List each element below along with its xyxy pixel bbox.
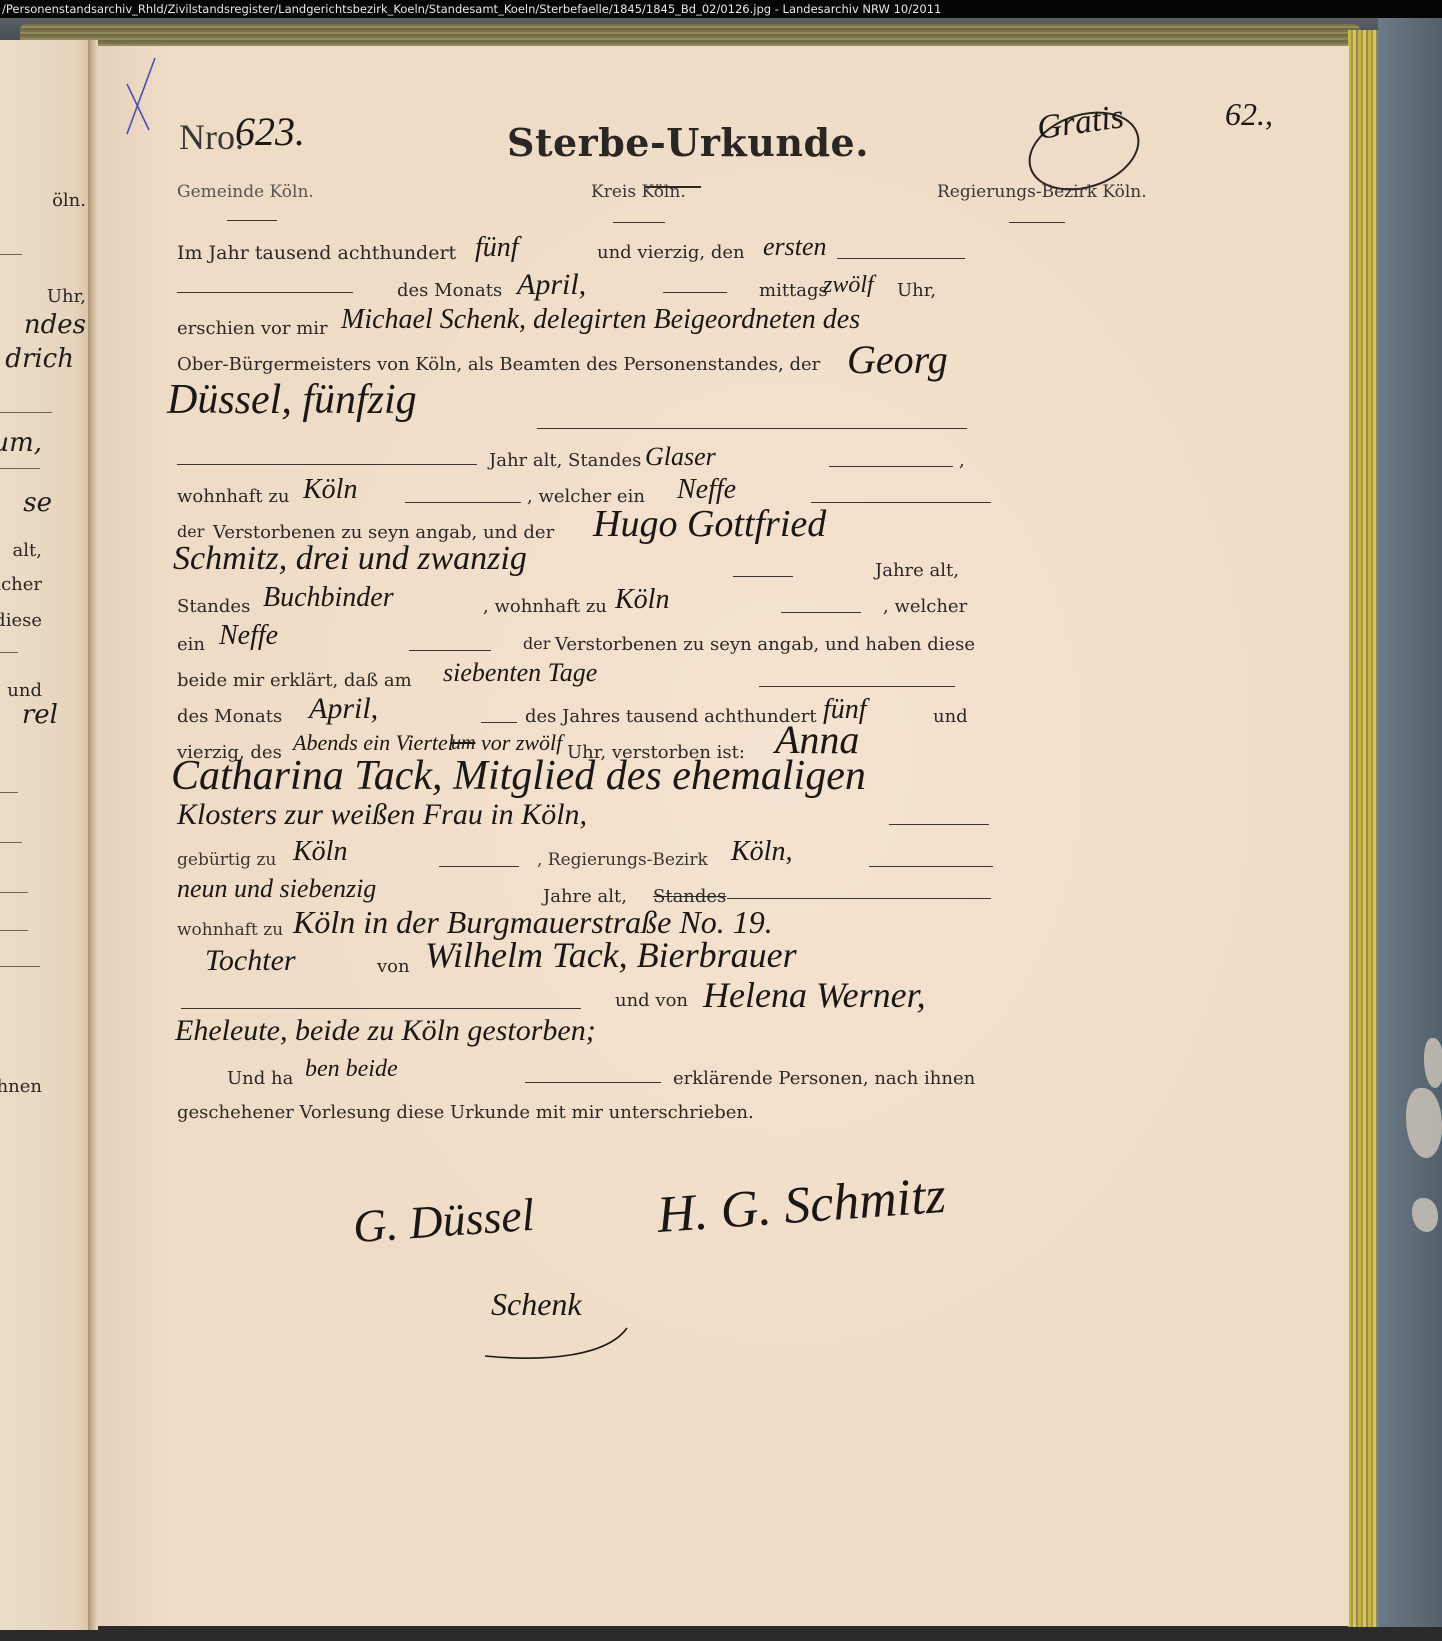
left-page-fragment: öln.	[52, 190, 86, 211]
form-text: Standes	[177, 596, 250, 617]
left-page-rule	[0, 412, 52, 413]
document-title: Sterbe-Urkunde.	[507, 120, 869, 165]
left-page-rule	[0, 468, 40, 469]
form-text: gebürtig zu	[177, 850, 276, 870]
left-page-fragment: lcher	[0, 574, 42, 595]
kreis-underline	[613, 222, 665, 223]
left-page-fragment: ndes	[24, 310, 86, 340]
form-text: Verstorbenen zu seyn angab, und haben di…	[555, 634, 975, 655]
left-page-rule	[0, 652, 18, 653]
form-text: des Jahres tausend achthundert	[525, 706, 817, 727]
torn-cover-patch	[1406, 1088, 1442, 1158]
death-certificate-page: Nro. 623. Sterbe-Urkunde. Gratis 62., Ge…	[97, 46, 1349, 1626]
kreis-label: Kreis Köln.	[591, 182, 686, 202]
gemeinde-label: Gemeinde Köln.	[177, 182, 314, 202]
left-page-fragment: und	[7, 680, 42, 701]
handwritten-entry: April,	[309, 692, 378, 726]
book-cover-right	[1378, 18, 1442, 1641]
left-page-rule	[0, 930, 28, 931]
father-entry: Wilhelm Tack, Bierbrauer	[425, 934, 797, 976]
signature-declarant-1: G. Düssel	[351, 1188, 536, 1254]
handwritten-entry: Schmitz, drei und zwanzig	[173, 540, 527, 578]
form-text: und vierzig, den	[597, 242, 745, 263]
handwritten-entry: Hugo Gottfried	[593, 502, 826, 546]
blue-x-annotation-icon	[121, 56, 161, 136]
left-page-rule	[0, 892, 28, 893]
page-stack-top-edge	[20, 24, 1360, 48]
handwritten-entry: Klosters zur weißen Frau in Köln,	[177, 798, 587, 832]
handwritten-entry: Köln,	[731, 836, 792, 868]
form-text: beide mir erklärt, daß am	[177, 670, 412, 691]
handwritten-entry: Georg	[847, 336, 948, 383]
left-page-fragment: se	[23, 488, 52, 518]
signature-declarant-2: H. G. Schmitz	[655, 1166, 947, 1245]
form-text: ein	[177, 634, 205, 655]
form-text: , welcher	[883, 596, 967, 617]
handwritten-entry: Köln	[303, 474, 357, 506]
form-text: Im Jahr tausend achthundert	[177, 242, 456, 264]
fill-line	[837, 258, 965, 259]
handwritten-entry: Eheleute, beide zu Köln gestorben;	[175, 1014, 596, 1048]
window-title: /Personenstandsarchiv_Rhld/Zivilstandsre…	[2, 2, 941, 16]
form-text: der	[523, 634, 550, 653]
regierungsbezirk-underline	[1009, 222, 1065, 223]
fill-line	[727, 898, 991, 899]
deceased-name: Catharina Tack, Mitglied des ehemaligen	[171, 752, 866, 800]
form-text: mittags	[759, 280, 828, 301]
form-text: wohnhaft zu	[177, 486, 289, 507]
left-facing-page: öln. Uhr, ndes drich um, se alt, lcher d…	[0, 40, 92, 1630]
fill-line	[439, 866, 519, 867]
page-number: 62.,	[1225, 96, 1273, 133]
fill-line	[525, 1082, 661, 1083]
form-text: der	[177, 522, 204, 541]
fill-line	[409, 650, 491, 651]
form-text: und von	[615, 990, 688, 1011]
fill-line	[663, 292, 727, 293]
signature-flourish-icon	[477, 1326, 637, 1366]
handwritten-entry: Buchbinder	[263, 582, 394, 614]
window-title-bar: /Personenstandsarchiv_Rhld/Zivilstandsre…	[0, 0, 1442, 18]
handwritten-entry: Michael Schenk, delegirten Beigeordneten…	[341, 304, 860, 336]
fill-line	[759, 686, 955, 687]
fill-line	[733, 576, 793, 577]
mother-entry: Helena Werner,	[703, 974, 926, 1016]
left-page-fragment: Uhr,	[47, 286, 86, 307]
handwritten-entry: ben beide	[305, 1056, 398, 1083]
left-page-rule	[0, 792, 18, 793]
fill-line	[869, 866, 993, 867]
fill-line	[177, 464, 477, 465]
form-text: , Regierungs-Bezirk	[537, 850, 708, 870]
handwritten-entry: Köln	[615, 584, 669, 616]
handwritten-entry: Köln	[293, 836, 347, 868]
fill-line	[537, 428, 967, 429]
form-text: Ober-Bürgermeisters von Köln, als Beamte…	[177, 354, 820, 375]
handwritten-entry: zwölf	[823, 272, 874, 299]
signature-official: Schenk	[491, 1286, 582, 1323]
certificate-number: 623.	[235, 108, 305, 155]
fill-line	[889, 824, 989, 825]
page-stack-right-edge	[1348, 30, 1378, 1627]
handwritten-entry: Tochter	[205, 944, 296, 978]
form-text: erklärende Personen, nach ihnen	[673, 1068, 975, 1089]
left-page-fragment: um,	[0, 428, 42, 458]
form-text: Uhr,	[897, 280, 936, 301]
torn-cover-patch	[1424, 1038, 1442, 1088]
left-page-rule	[0, 842, 22, 843]
form-text: und	[933, 706, 968, 727]
form-text: erschien vor mir	[177, 318, 328, 339]
form-text: von	[377, 956, 410, 977]
left-page-fragment: hnen	[0, 1076, 42, 1097]
handwritten-entry: ersten	[763, 232, 827, 262]
left-page-fragment: drich	[5, 344, 74, 374]
fill-line	[405, 502, 521, 503]
left-page-rule	[0, 254, 22, 255]
form-text: ,	[959, 450, 965, 471]
form-text: des Monats	[177, 706, 282, 727]
fill-line	[181, 1008, 581, 1009]
fill-line	[829, 466, 953, 467]
torn-cover-patch	[1412, 1198, 1438, 1232]
form-text: Jahre alt,	[875, 560, 959, 581]
fill-line	[811, 502, 991, 503]
gemeinde-underline	[227, 220, 277, 221]
handwritten-entry: Glaser	[645, 442, 716, 472]
regierungsbezirk-label: Regierungs-Bezirk Köln.	[937, 182, 1147, 202]
left-page-fragment: diese	[0, 610, 42, 631]
handwritten-entry: fünf	[475, 232, 519, 264]
handwritten-entry: April,	[517, 268, 586, 302]
left-page-fragment: rel	[22, 700, 58, 730]
form-text: , wohnhaft zu	[483, 596, 607, 617]
left-page-rule	[0, 966, 40, 967]
form-text: geschehener Vorlesung diese Urkunde mit …	[177, 1102, 754, 1123]
left-page-fragment: alt,	[13, 540, 42, 561]
age-entry: neun und siebenzig	[177, 874, 376, 904]
form-text: Und ha	[227, 1068, 293, 1089]
book-cover-bottom	[0, 1627, 1442, 1641]
fill-line	[481, 722, 517, 723]
handwritten-entry: siebenten Tage	[443, 658, 597, 688]
fill-line	[781, 612, 861, 613]
fill-line	[177, 292, 353, 293]
handwritten-entry: Düssel, fünfzig	[167, 376, 417, 424]
handwritten-entry: Neffe	[219, 620, 278, 652]
form-text: wohnhaft zu	[177, 920, 283, 940]
form-text: des Monats	[397, 280, 502, 301]
form-text: Jahr alt, Standes	[489, 450, 641, 471]
